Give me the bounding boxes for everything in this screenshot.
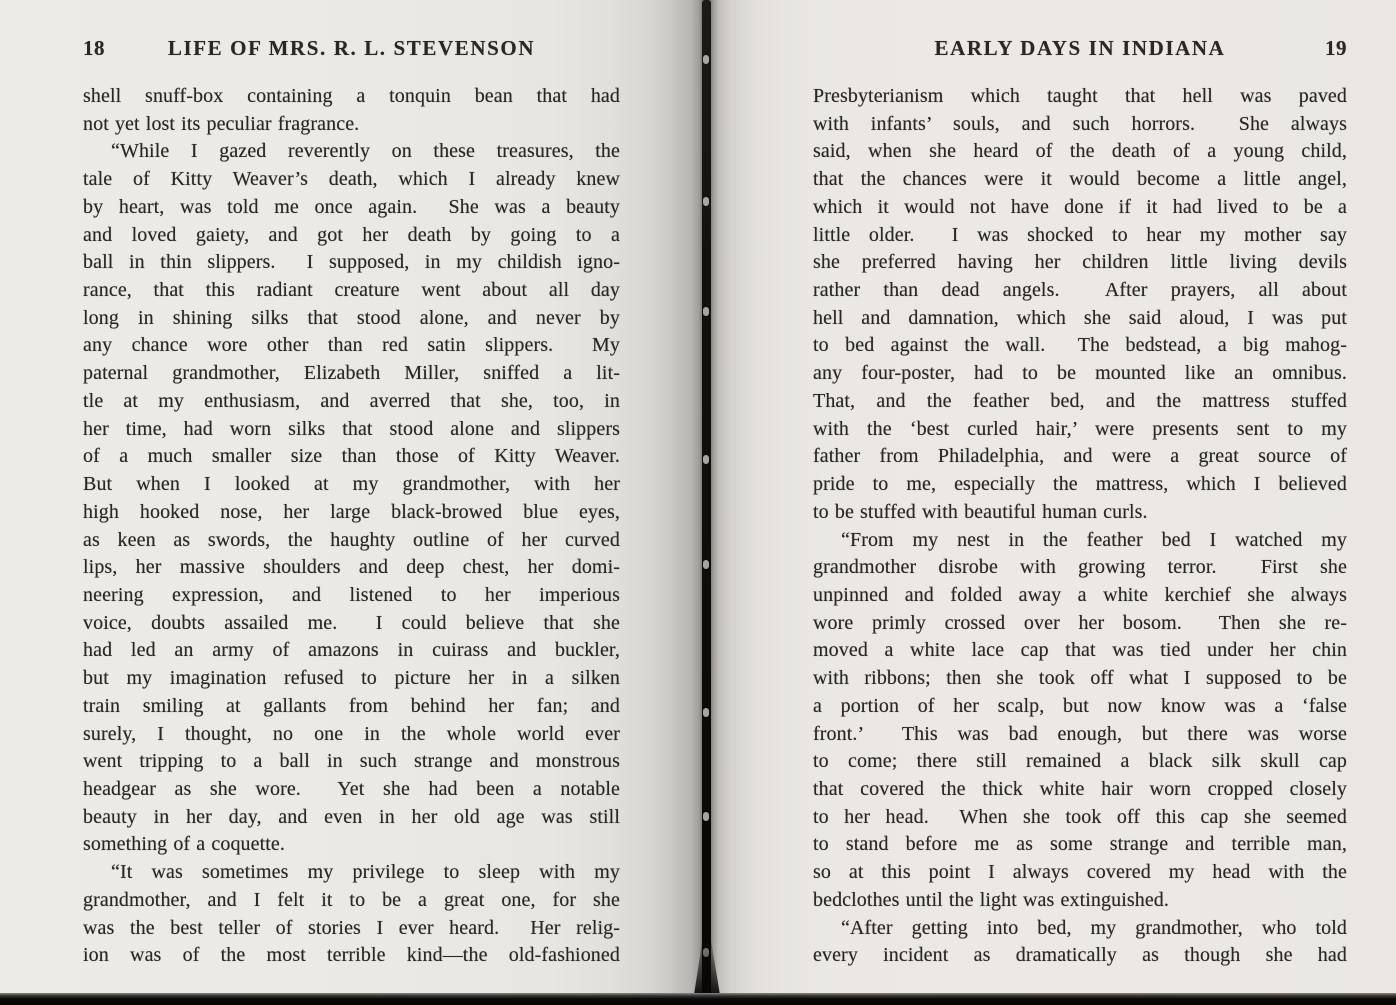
text-line: “From my nest in the feather bed I watch…: [813, 527, 1347, 555]
text-line: little older. I was shocked to hear my m…: [813, 222, 1347, 250]
text-line: but my imagination refused to picture he…: [83, 665, 620, 693]
text-line: with ribbons; then she took off what I s…: [813, 665, 1347, 693]
text-line: was the best teller of stories I ever he…: [83, 915, 620, 943]
text-line: That, and the feather bed, and the mattr…: [813, 388, 1347, 416]
text-line: wore primly crossed over her bosom. Then…: [813, 610, 1347, 638]
binding-gutter: [702, 0, 711, 995]
text-line: so at this point I always covered my hea…: [813, 859, 1347, 887]
text-line: went tripping to a ball in such strange …: [83, 748, 620, 776]
text-line: pride to me, especially the mattress, wh…: [813, 471, 1347, 499]
text-line: neering expression, and listened to her …: [83, 582, 620, 610]
text-line: by heart, was told me once again. She wa…: [83, 194, 620, 222]
binding-stitch: [703, 307, 709, 316]
text-line: rance, that this radiant creature went a…: [83, 277, 620, 305]
text-line: “It was sometimes my privilege to sleep …: [83, 859, 620, 887]
text-line: lips, her massive shoulders and deep che…: [83, 554, 620, 582]
page-left-header: 18 LIFE OF MRS. R. L. STEVENSON: [83, 36, 620, 62]
text-line: beauty in her day, and even in her old a…: [83, 804, 620, 832]
text-line: unpinned and folded away a white kerchie…: [813, 582, 1347, 610]
binding-stitch: [703, 197, 709, 206]
text-line: rather than dead angels. After prayers, …: [813, 277, 1347, 305]
text-line: every incident as dramatically as though…: [813, 942, 1347, 970]
page-left-text: shell snuff-box containing a tonquin bea…: [83, 83, 620, 970]
text-line: voice, doubts assailed me. I could belie…: [83, 610, 620, 638]
text-line: high hooked nose, her large black-browed…: [83, 499, 620, 527]
page-left: 18 LIFE OF MRS. R. L. STEVENSON shell sn…: [0, 0, 706, 995]
text-line: her time, had worn silks that stood alon…: [83, 416, 620, 444]
page-right-header: EARLY DAYS IN INDIANA 19: [813, 36, 1347, 62]
text-line: father from Philadelphia, and were a gre…: [813, 443, 1347, 471]
page-number-left: 18: [83, 36, 105, 61]
text-line: train smiling at gallants from behind he…: [83, 693, 620, 721]
text-line: But when I looked at my grandmother, wit…: [83, 471, 620, 499]
text-line: with the ‘best curled hair,’ were presen…: [813, 416, 1347, 444]
text-line: ball in thin slippers. I supposed, in my…: [83, 249, 620, 277]
running-title-left: LIFE OF MRS. R. L. STEVENSON: [168, 36, 535, 60]
text-line: any chance wore other than red satin sli…: [83, 332, 620, 360]
page-right: EARLY DAYS IN INDIANA 19 Presbyterianism…: [706, 0, 1396, 995]
text-line: grandmother, and I felt it to be a great…: [83, 887, 620, 915]
book-scan: 18 LIFE OF MRS. R. L. STEVENSON shell sn…: [0, 0, 1396, 1005]
text-line: with infants’ souls, and such horrors. S…: [813, 111, 1347, 139]
text-line: tle at my enthusiasm, and averred that s…: [83, 388, 620, 416]
scan-bottom-edge: [0, 993, 1396, 1005]
text-line: something of a coquette.: [83, 831, 620, 859]
text-line: surely, I thought, no one in the whole w…: [83, 721, 620, 749]
text-line: a portion of her scalp, but now know was…: [813, 693, 1347, 721]
text-line: to stand before me as some strange and t…: [813, 831, 1347, 859]
text-line: to her head. When she took off this cap …: [813, 804, 1347, 832]
text-line: long in shining silks that stood alone, …: [83, 305, 620, 333]
text-line: which it would not have done if it had l…: [813, 194, 1347, 222]
text-line: Presbyterianism which taught that hell w…: [813, 83, 1347, 111]
binding-stitch: [703, 812, 709, 821]
text-line: “While I gazed reverently on these treas…: [83, 138, 620, 166]
text-line: as keen as swords, the haughty outline o…: [83, 527, 620, 555]
text-line: any four-poster, had to be mounted like …: [813, 360, 1347, 388]
text-line: to be stuffed with beautiful human curls…: [813, 499, 1347, 527]
text-line: paternal grandmother, Elizabeth Miller, …: [83, 360, 620, 388]
text-line: shell snuff-box containing a tonquin bea…: [83, 83, 620, 111]
text-line: of a much smaller size than those of Kit…: [83, 443, 620, 471]
text-line: she preferred having her children little…: [813, 249, 1347, 277]
text-line: that the chances were it would become a …: [813, 166, 1347, 194]
text-line: bedclothes until the light was extinguis…: [813, 887, 1347, 915]
text-line: ion was of the most terrible kind—the ol…: [83, 942, 620, 970]
running-title-right: EARLY DAYS IN INDIANA: [935, 36, 1226, 60]
binding-stitch: [703, 455, 709, 464]
page-right-text: Presbyterianism which taught that hell w…: [813, 83, 1347, 970]
text-line: not yet lost its peculiar fragrance.: [83, 111, 620, 139]
text-line: “After getting into bed, my grandmother,…: [813, 915, 1347, 943]
text-line: tale of Kitty Weaver’s death, which I al…: [83, 166, 620, 194]
text-line: said, when she heard of the death of a y…: [813, 138, 1347, 166]
page-number-right: 19: [1325, 36, 1347, 61]
text-line: grandmother disrobe with growing terror.…: [813, 554, 1347, 582]
text-line: moved a white lace cap that was tied und…: [813, 637, 1347, 665]
text-line: that covered the thick white hair worn c…: [813, 776, 1347, 804]
text-line: to bed against the wall. The bedstead, a…: [813, 332, 1347, 360]
binding-stitch: [703, 708, 709, 717]
text-line: headgear as she wore. Yet she had been a…: [83, 776, 620, 804]
binding-stitch: [703, 560, 709, 569]
text-line: front.’ This was bad enough, but there w…: [813, 721, 1347, 749]
text-line: and loved gaiety, and got her death by g…: [83, 222, 620, 250]
text-line: had led an army of amazons in cuirass an…: [83, 637, 620, 665]
text-line: hell and damnation, which she said aloud…: [813, 305, 1347, 333]
binding-stitch: [703, 55, 709, 64]
text-line: to come; there still remained a black si…: [813, 748, 1347, 776]
